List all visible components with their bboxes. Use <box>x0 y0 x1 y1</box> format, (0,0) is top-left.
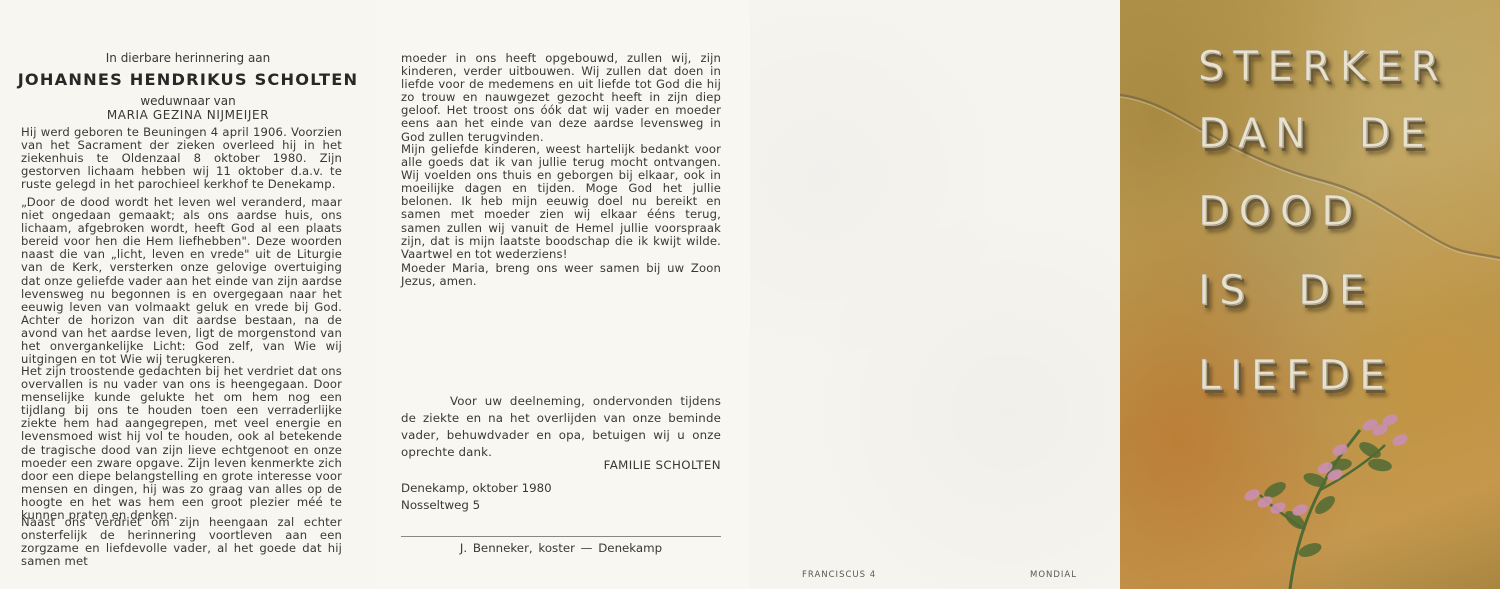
cover-photo-panel: STERKER DAN DE DOOD IS DE LIEFDE <box>1120 0 1500 589</box>
paragraph-text: Het zijn troostende gedachten bij het ve… <box>21 365 342 522</box>
series-imprint: FRANCISCUS 4 <box>802 570 876 580</box>
biography-paragraph: Hij werd geboren te Beuningen 4 april 19… <box>21 126 342 191</box>
blank-back-panel: FRANCISCUS 4 MONDIAL <box>750 0 1120 589</box>
paragraph-text: moeder in ons heeft opgebouwd, zullen wi… <box>401 52 721 144</box>
paragraph-text: Voor uw deelneming, ondervonden tijdens … <box>401 393 721 461</box>
address: Nosseltweg 5 <box>401 497 552 514</box>
deceased-name: JOHANNES HENDRIKUS SCHOLTEN <box>0 70 376 89</box>
memory-paragraph: Naast ons verdriet om zijn heengaan zal … <box>21 516 342 568</box>
printer-credit: J. Benneker, koster — Denekamp <box>401 541 721 555</box>
paragraph-text: Mijn geliefde kinderen, weest hartelijk … <box>401 143 721 261</box>
cover-text-line-1: STERKER <box>1198 46 1448 87</box>
cover-text-line-4: IS DE <box>1198 270 1374 311</box>
paragraph-text: Naast ons verdriet om zijn heengaan zal … <box>21 516 342 568</box>
continuation-paragraph: moeder in ons heeft opgebouwd, zullen wi… <box>401 52 721 144</box>
middle-text-panel: moeder in ons heeft opgebouwd, zullen wi… <box>376 0 750 589</box>
flower-sprig-illustration <box>1220 390 1440 589</box>
widow-of-line: weduwnaar van <box>0 94 376 108</box>
thanks-paragraph: Voor uw deelneming, ondervonden tijdens … <box>401 393 721 461</box>
divider-line <box>401 536 721 537</box>
consolation-paragraph: Het zijn troostende gedachten bij het ve… <box>21 365 342 522</box>
intro-line: In dierbare herinnering aan <box>0 51 376 65</box>
cover-text-line-2: DAN DE <box>1198 113 1434 154</box>
place-and-address: Denekamp, oktober 1980 Nosseltweg 5 <box>401 480 552 514</box>
left-text-panel: In dierbare herinnering aan JOHANNES HEN… <box>0 0 376 589</box>
spouse-name: MARIA GEZINA NIJMEIJER <box>0 108 376 122</box>
paragraph-text: Moeder Maria, breng ons weer samen bij u… <box>401 262 721 288</box>
family-signature: FAMILIE SCHOLTEN <box>604 458 721 472</box>
cover-text-line-3: DOOD <box>1198 191 1362 232</box>
place-date: Denekamp, oktober 1980 <box>401 480 552 497</box>
liturgy-quote-paragraph: „Door de dood wordt het leven wel verand… <box>21 196 342 366</box>
publisher-imprint: MONDIAL <box>1030 570 1077 580</box>
prayer-paragraph: Moeder Maria, breng ons weer samen bij u… <box>401 262 721 288</box>
paragraph-text: Hij werd geboren te Beuningen 4 april 19… <box>21 126 342 191</box>
paragraph-text: „Door de dood wordt het leven wel verand… <box>21 196 342 366</box>
farewell-paragraph: Mijn geliefde kinderen, weest hartelijk … <box>401 143 721 261</box>
